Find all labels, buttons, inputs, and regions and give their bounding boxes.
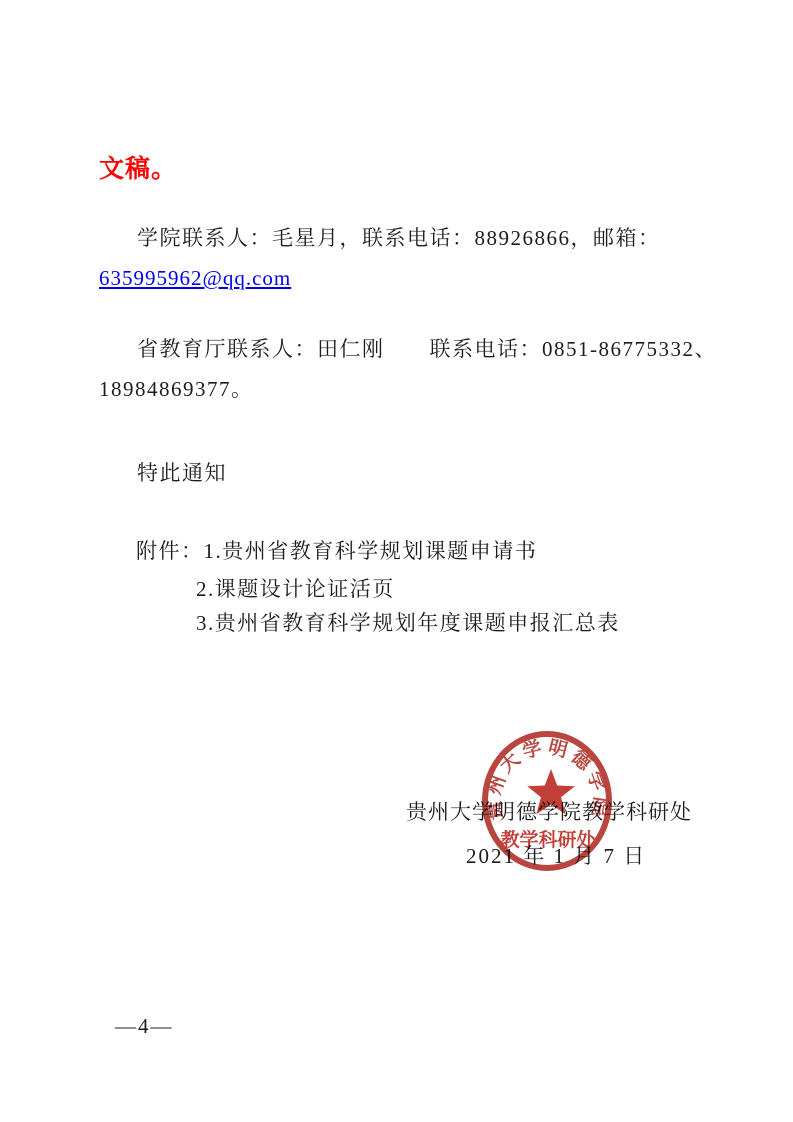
official-seal-stamp: 贵州大学明德学院 教学科研处 [478,726,618,878]
seal-ring-text-curve: 贵州大学明德学院 [481,735,613,822]
attachment-label: 附件： [136,539,204,563]
email-link[interactable]: 635995962@qq.com [99,266,291,291]
attachment-line-1: 附件：1.贵州省教育科学规划课题申请书 [136,538,537,564]
contact-dept-continuation: 18984869377。 [99,376,254,402]
attachment-item-1: 1.贵州省教育科学规划课题申请书 [204,539,538,563]
contact-dept-line: 省教育厅联系人：田仁刚 联系电话：0851-86775332、 [137,336,717,362]
seal-ring-text: 贵州大学明德学院 [481,735,613,822]
page-number: —4— [115,1014,174,1039]
red-text-fragment: 文稿。 [99,149,177,185]
notice-line: 特此通知 [137,460,227,486]
star-icon [527,769,575,814]
attachment-item-3: 3.贵州省教育科学规划年度课题申报汇总表 [196,610,620,636]
seal-bottom-text: 教学科研处 [500,828,595,851]
document-page: 文稿。 学院联系人：毛星月，联系电话：88926866，邮箱： 63599596… [0,0,793,1122]
contact-school-line: 学院联系人：毛星月，联系电话：88926866，邮箱： [137,225,661,251]
attachment-item-2: 2.课题设计论证活页 [196,576,395,602]
